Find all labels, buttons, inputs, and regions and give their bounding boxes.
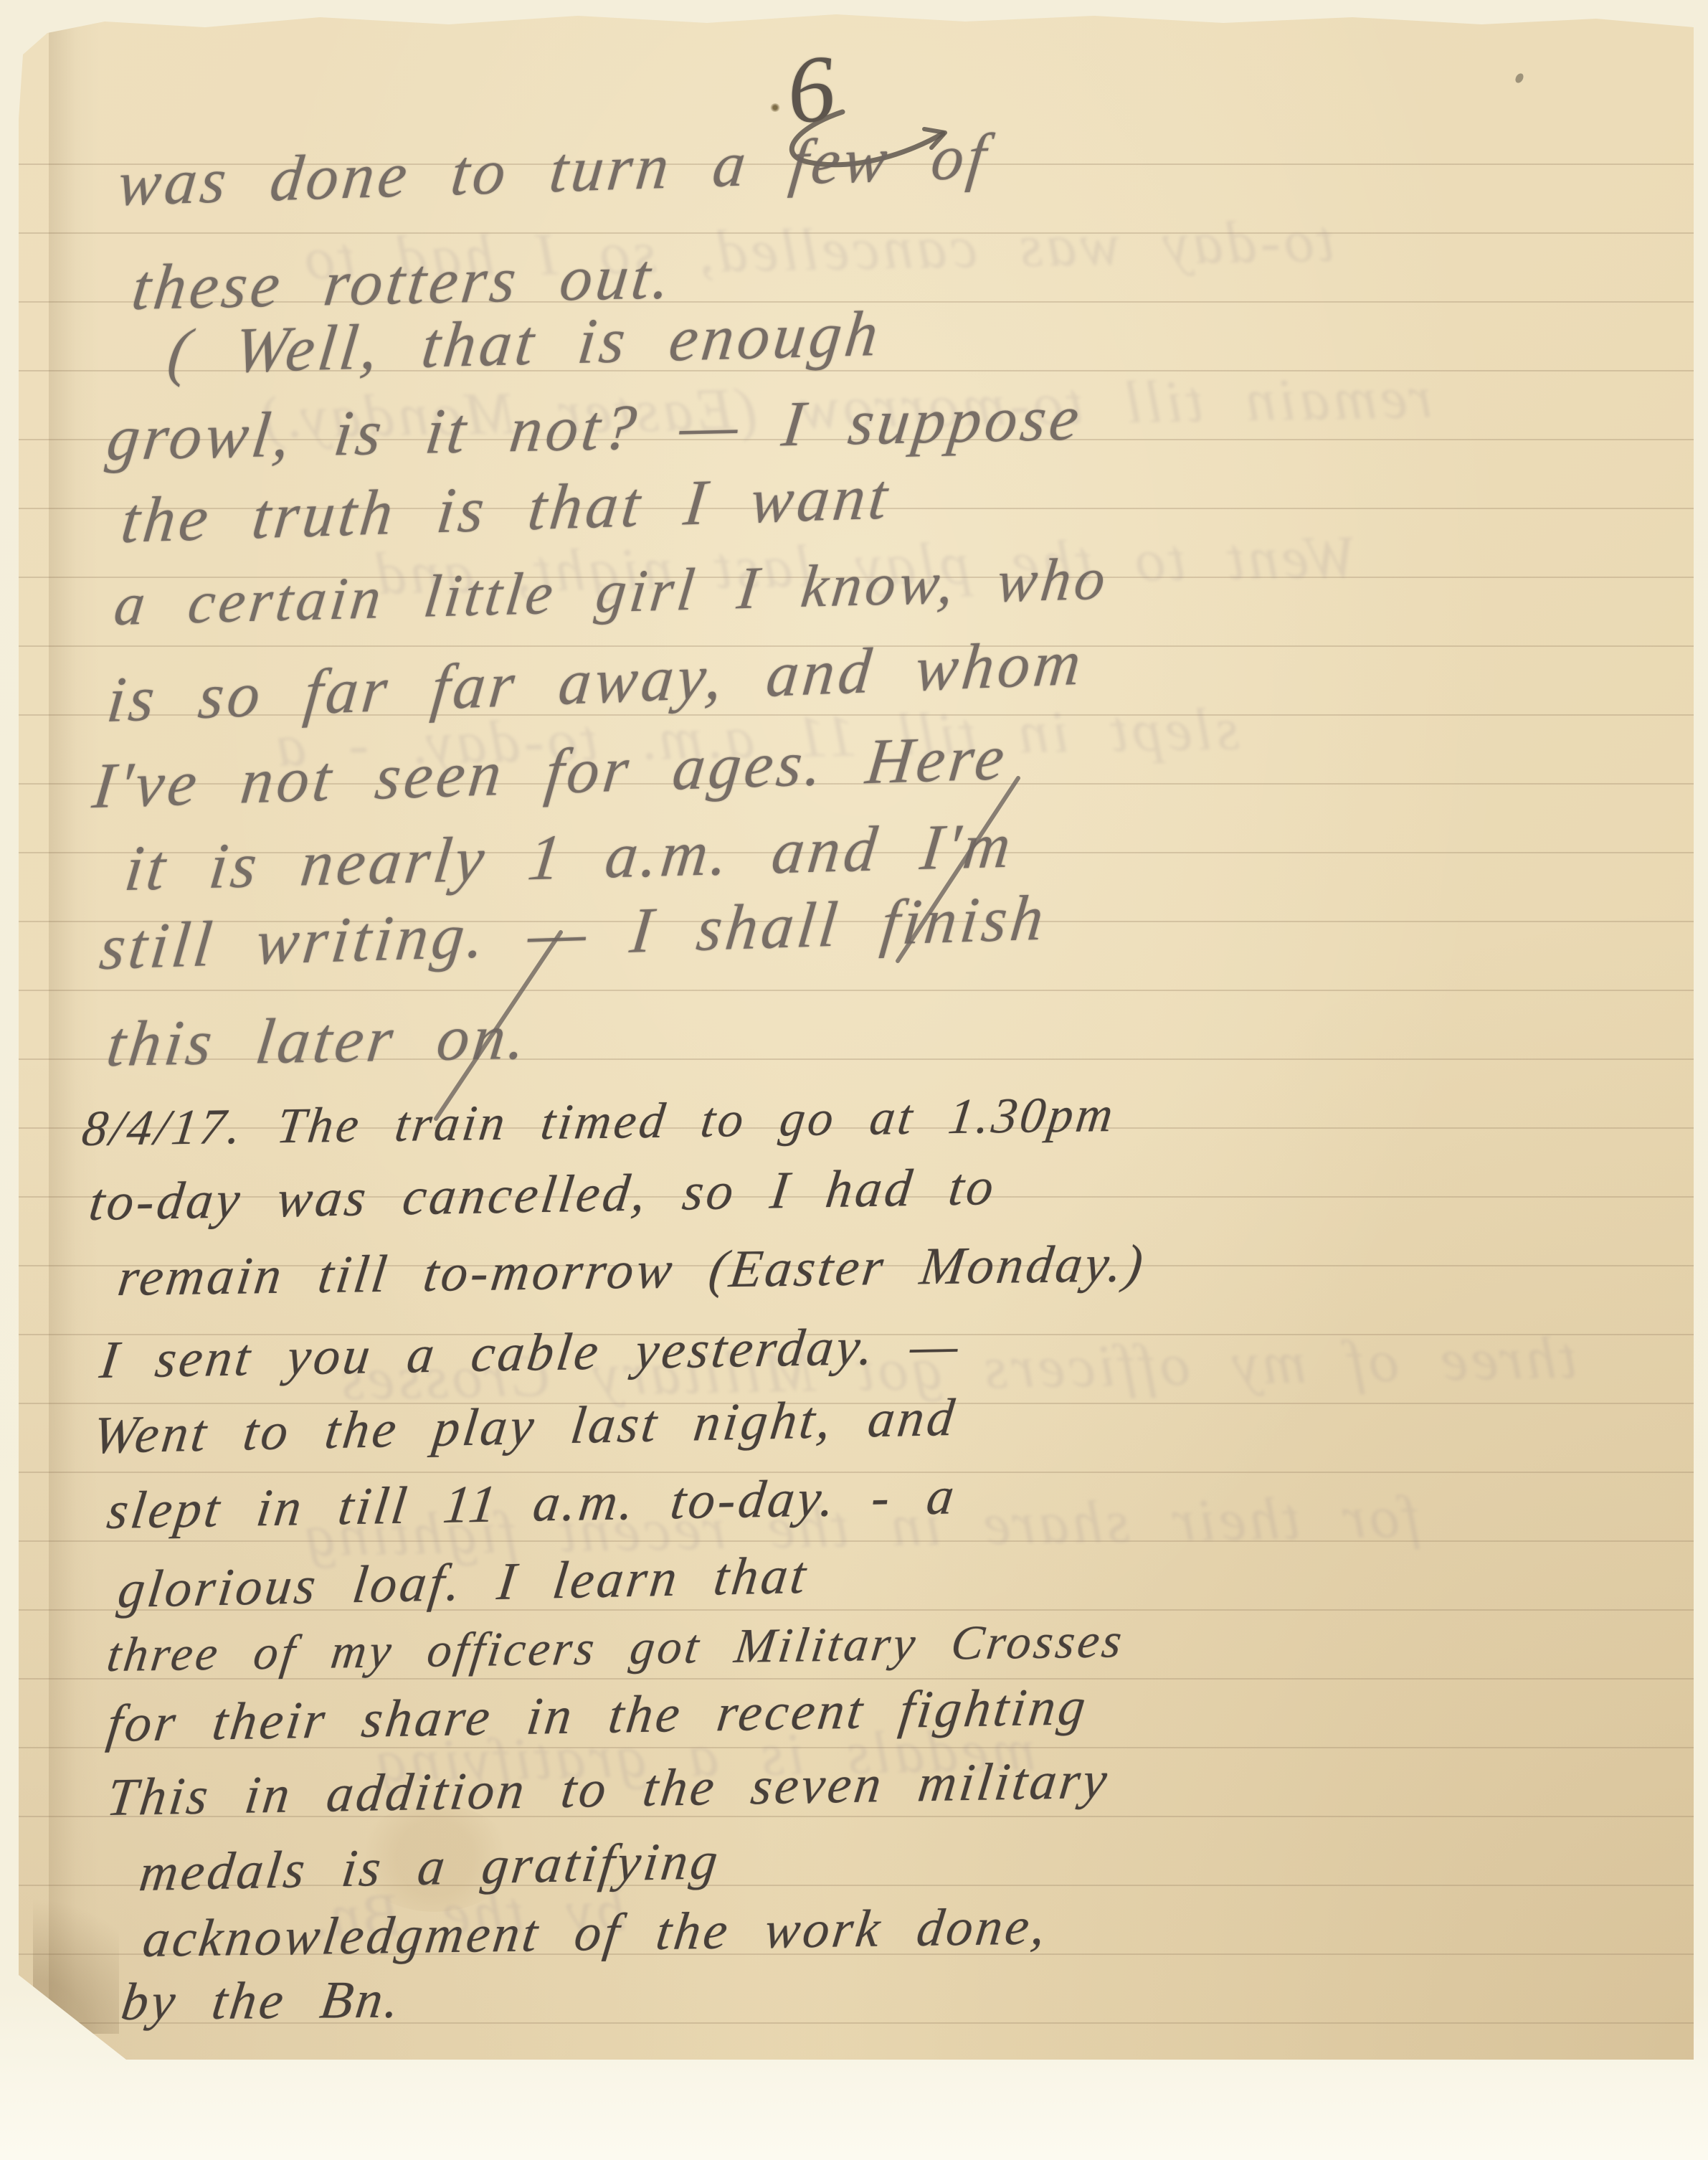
paper-crease [49, 11, 99, 2060]
handwriting-line: medals is a gratifying [136, 1831, 723, 1904]
handwriting-line: by the Bn. [118, 1970, 405, 2034]
handwriting-line: this later on. [103, 1000, 533, 1081]
ink-speck [1514, 72, 1524, 84]
handwriting-line: acknowledgment of the work done, [140, 1896, 1052, 1970]
corner-shadow [33, 1876, 119, 2034]
